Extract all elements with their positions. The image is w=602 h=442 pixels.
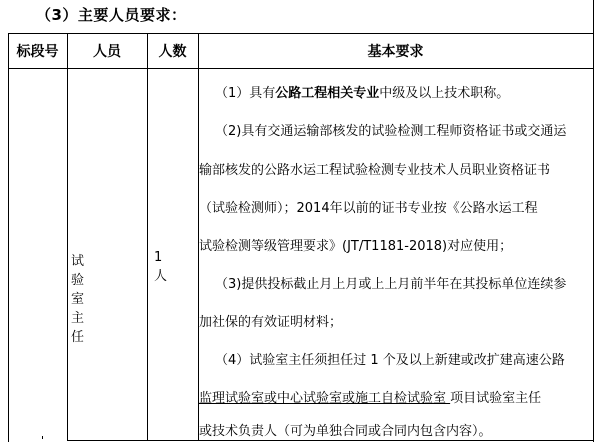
col-border-2 [147, 33, 148, 441]
requirement-2-line-3: （试验检测师）；2014年以前的证书专业按《公路水运工程 [199, 197, 592, 216]
stray-mark [42, 436, 43, 439]
requirement-4-underlined: 监理试验室或中心试验室或施工自检试验室 [199, 391, 450, 406]
requirement-2-line-4: 试验检测等级管理要求》(JT/T1181-2018)对应使用； [199, 235, 592, 254]
requirement-1-prefix: （1）具有 [215, 86, 275, 101]
requirement-1: （1）具有公路工程相关专业中级及以上技术职称。 [199, 82, 602, 101]
requirement-4-line-1: （4）试验室主任须担任过 1 个及以上新建或改扩建高速公路 [199, 349, 602, 368]
header-personnel: 人员 [67, 41, 147, 61]
section-heading: （3）主要人员要求： [36, 4, 186, 25]
requirement-4-line-2: 监理试验室或中心试验室或施工自检试验室 项目试验室主任 [199, 387, 592, 406]
requirement-2-line-2: 输部核发的公路水运工程试验检测专业技术人员职业资格证书 [199, 159, 592, 178]
requirement-3-line-2: 加社保的有效证明材料； [199, 311, 592, 330]
header-section-no: 标段号 [8, 41, 67, 61]
requirement-4-line-3: 或技术负责人（可为单独合同或合同内包含内容）。 [199, 420, 592, 439]
requirement-3-line-1: （3)提供投标截止月上月或上上月前半年在其投标单位连续参 [199, 273, 602, 292]
col-border-4 [593, 0, 594, 442]
requirement-4-line-2-rest: 项目试验室主任 [450, 391, 541, 406]
col-border-0 [8, 33, 9, 442]
requirement-2-line-1: （2)具有交通运输部核发的试验检测工程师资格证书或交通运 [199, 120, 602, 139]
header-count: 人数 [147, 41, 198, 61]
requirement-1-bold: 公路工程相关专业 [275, 86, 379, 101]
table-top-border [8, 33, 594, 34]
col-border-1 [67, 33, 68, 441]
header-bottom-border [8, 68, 594, 69]
count-cell: 1人 [154, 250, 167, 284]
header-requirements: 基本要求 [198, 41, 593, 61]
personnel-cell: 试验室主任 [71, 250, 84, 345]
requirement-1-suffix: 中级及以上技术职称。 [379, 86, 509, 101]
